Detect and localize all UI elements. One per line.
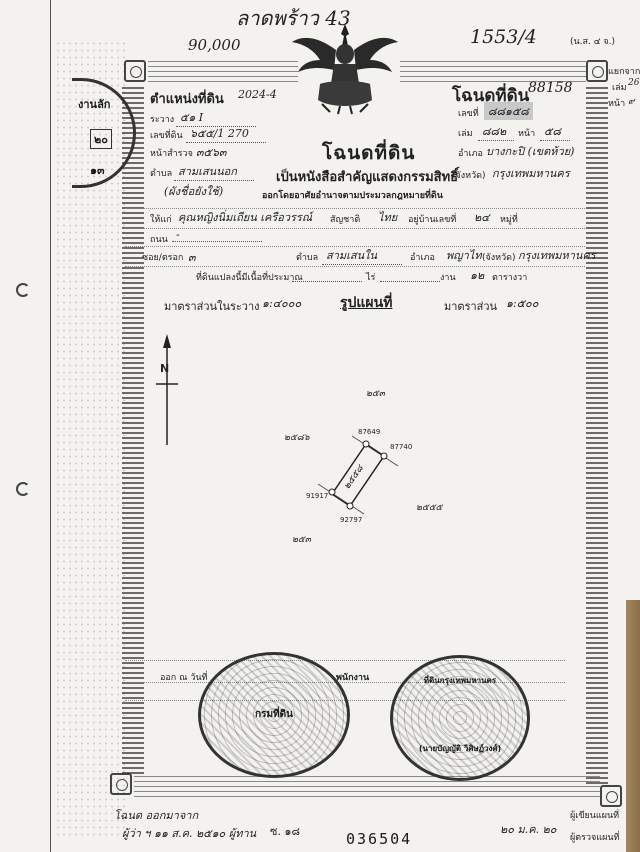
soi-value: ๓ [188, 248, 196, 266]
map-inspector-label: ผู้ตรวจแผนที่ [570, 830, 619, 844]
dotted-line [125, 266, 585, 267]
rai-label: ไร่ [366, 270, 375, 284]
owner-tambon-value: สามเสนใน [322, 246, 402, 265]
right-official-seal: ที่ดินกรุงเทพมหานคร (นายบัญญัติ วิศิษฏ์ว… [390, 655, 530, 781]
left-official-seal: กรมที่ดิน [198, 652, 350, 778]
issued-by-text: ออกโดยอาศัยอำนาจตามประมวลกฎหมายที่ดิน [262, 188, 443, 202]
soi-label: ซอย/ตรอก [142, 250, 183, 264]
border-pattern-bottom [134, 775, 600, 797]
marker-label: 87649 [358, 428, 380, 436]
survey-page-label: หน้าสำรวจ [150, 146, 193, 160]
corner-ornament-icon [586, 60, 608, 82]
address-label: อยู่บ้านเลขที่ [408, 212, 456, 226]
owner-province-value: กรุงเทพมหานคร [518, 246, 596, 264]
north-arrow-icon [152, 330, 182, 450]
page-label: หน้า [518, 126, 535, 140]
side-page-label: หน้า [608, 96, 625, 110]
tambon-label: ตำบล [150, 166, 172, 180]
wa-label: ตารางวา [492, 270, 527, 284]
owner-amphoe-label: อำเภอ [410, 250, 435, 264]
land-position-label: ตำแหน่งที่ดิน [150, 88, 224, 109]
desk-edge [626, 600, 640, 852]
parcel-no-value: ๖๕๕/1 270 [186, 124, 266, 143]
give-to-label: ให้แก่ [150, 212, 172, 226]
border-pattern-top-right [400, 60, 586, 82]
area-label: ที่ดินแปลงนี้มีเนื้อที่ประมาณ [196, 270, 303, 284]
rawang-label: ระวาง [150, 112, 174, 126]
land-position-value: 2024-4 [238, 88, 277, 101]
nationality-value: ไทย [378, 208, 397, 226]
corner-ornament-icon [600, 785, 622, 807]
page-value: ๕๘ [540, 122, 570, 141]
neighbor-label: ๒๕๓ [366, 386, 385, 400]
moo-label: หมู่ที่ [500, 212, 518, 226]
price-note: 90,000 [188, 36, 241, 54]
page-subtitle: เป็นหนังสือสำคัญแสดงกรรมสิทธิ์ [276, 166, 458, 187]
form-code: (น.ส. ๔ จ.) [570, 34, 615, 48]
binder-hole-icon [16, 283, 30, 297]
map-title: รูปแผนที่ [340, 292, 392, 314]
side-page-value: ๙ [628, 94, 635, 108]
ngan-value [380, 270, 440, 282]
road-label: ถนน [150, 232, 168, 246]
rai-value [292, 270, 362, 282]
survey-page-value: ๓๕๖๓ [196, 143, 226, 161]
map-writer-label: ผู้เขียนแผนที่ [570, 808, 619, 822]
map-scale-value: ๑:๕๐๐ [506, 294, 538, 312]
signature-right: ๒๐ ม.ค. ๒๐ [500, 820, 557, 838]
signatory-line-1: โฉนด ออกมาจาก [114, 806, 198, 824]
owner-province-label: (จังหวัด) [482, 250, 516, 264]
side-book-value: 26 [628, 78, 639, 88]
tambon-note: (ผังชื่อยังใช้) [164, 182, 223, 200]
marker-label: 87740 [390, 443, 412, 451]
road-value: - [172, 228, 262, 242]
document-page: ลาดพร้าว 43 90,000 1553/4 (น.ส. ๔ จ.) งา… [0, 0, 640, 852]
amphoe-value: บางกะปิ (เขตห้วย) [486, 142, 574, 160]
corner-ornament-icon [110, 773, 132, 795]
neighbor-label: ๒๕๘๖ [284, 430, 309, 444]
side-book-label: เล่ม [612, 80, 627, 94]
dotted-line [125, 660, 565, 661]
amphoe-label: อำเภอ [458, 146, 483, 160]
serial-prefix: ซ. ๑๘ [270, 822, 300, 840]
page-title: โฉนดที่ดิน [322, 138, 415, 168]
nationality-label: สัญชาติ [330, 212, 360, 226]
page-edge-line [50, 0, 51, 852]
wa-value: ๑๒ [470, 266, 484, 284]
province-value: กรุงเทพมหานคร [492, 164, 570, 182]
tambon-value: สามเสนนอก [174, 162, 254, 181]
address-value: ๒๔ [474, 208, 490, 226]
owner-name-value: คุณหญิงนิ่มเถียน เครือวรรณ์ [178, 208, 312, 226]
border-pattern-top-left [148, 60, 298, 82]
rawang-scale-label: มาตราส่วนในระวาง [164, 297, 260, 315]
province-label: (จังหวัด) [452, 168, 486, 182]
north-label: N [160, 362, 169, 375]
book-label: เล่ม [458, 126, 473, 140]
top-right-reference: 1553/4 [470, 26, 537, 48]
owner-tambon-label: ตำบล [296, 250, 318, 264]
deed-value: 88158 [528, 80, 573, 96]
garuda-emblem-icon [290, 20, 400, 115]
corner-ornament-icon [124, 60, 146, 82]
neighbor-label: ๒๕๓ [292, 532, 311, 546]
deed-number-label: เลขที่ [458, 106, 479, 120]
transfer-label: แยกจาก [608, 64, 640, 78]
parcel-no-label: เลขที่ดิน [150, 128, 183, 142]
owner-amphoe-value: พญาไท [446, 246, 482, 264]
neighbor-label: ๒๕๕๕ [416, 500, 442, 514]
signatory-line-2: ผู้ว่า ฯ ๑๑ ส.ค. ๒๕๑๐ ผู้ทาน [122, 824, 256, 842]
rawang-scale-value: ๑:๔๐๐๐ [262, 294, 301, 312]
border-pattern-left [122, 84, 144, 774]
binder-hole-icon [16, 482, 30, 496]
deed-number-value: ๘๘๑๕๘ [484, 102, 533, 120]
book-value: ๘๘๒ [478, 122, 514, 141]
map-scale-label: มาตราส่วน [444, 297, 497, 315]
serial-number: 036504 [346, 830, 412, 848]
ngan-label: งาน [440, 270, 456, 284]
border-pattern-right [586, 84, 608, 784]
marker-label: 91917 [306, 492, 328, 500]
marker-label: 92797 [340, 516, 362, 524]
